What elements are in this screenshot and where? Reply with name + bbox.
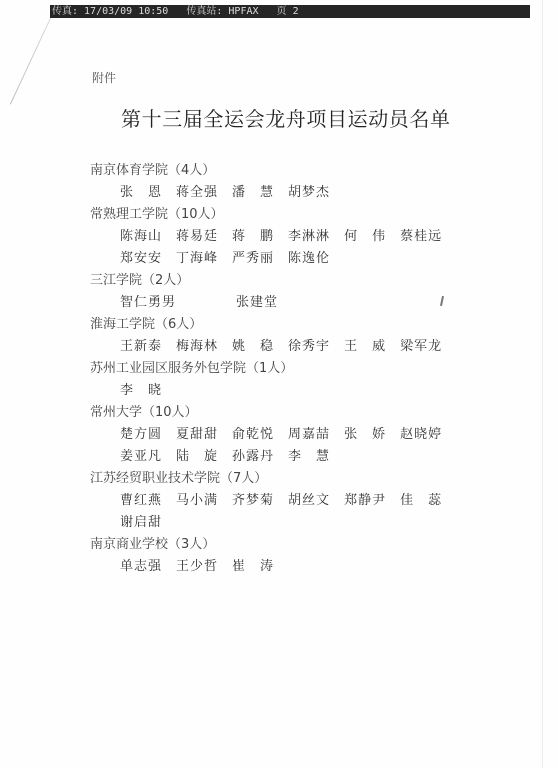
group-heading: 南京商业学校（3人） <box>90 534 510 556</box>
athlete-name: 严秀丽 <box>232 248 274 270</box>
attachment-label: 附件 <box>92 69 116 86</box>
group-heading: 南京体育学院（4人） <box>90 160 510 182</box>
athlete-name: 蒋易廷 <box>176 226 218 248</box>
group-heading: 苏州工业园区服务外包学院（1人） <box>90 358 510 380</box>
athlete-name: 徐秀宇 <box>288 336 330 358</box>
athlete-name-row: 单志强王少哲崔 涛 <box>90 556 510 578</box>
athlete-name: 梁军龙 <box>400 336 442 358</box>
athlete-name: 曹红燕 <box>120 490 162 512</box>
athlete-name: 丁海峰 <box>176 248 218 270</box>
athlete-name: 李 晓 <box>120 380 162 402</box>
athlete-name: 胡梦杰 <box>288 182 330 204</box>
fax-sent-time: 传真: 17/03/09 10:50 <box>52 6 168 17</box>
athlete-name: 周嘉喆 <box>288 424 330 446</box>
athlete-name-row: 楚方圆夏甜甜俞乾悦周嘉喆张 娇赵晓婷 <box>90 424 510 446</box>
athlete-name: 孙露丹 <box>232 446 274 468</box>
athlete-name: 陆 旋 <box>176 446 218 468</box>
athlete-name-row: 李 晓 <box>90 380 510 402</box>
group-heading: 江苏经贸职业技术学院（7人） <box>90 468 510 490</box>
athlete-name: 马小满 <box>176 490 218 512</box>
athlete-name: 齐梦菊 <box>232 490 274 512</box>
athlete-name: 胡丝文 <box>288 490 330 512</box>
athlete-name: 姚 稳 <box>232 336 274 358</box>
athlete-name-row: 郑安安丁海峰严秀丽陈逸伦 <box>90 248 510 270</box>
athlete-roster: 南京体育学院（4人）张 恩蒋全强潘 慧胡梦杰常熟理工学院（10人）陈海山蒋易廷蒋… <box>90 160 510 578</box>
athlete-name-row: 陈海山蒋易廷蒋 鹏李淋淋何 伟蔡桂远 <box>90 226 510 248</box>
group-heading: 三江学院（2人） <box>90 270 510 292</box>
athlete-name: 楚方圆 <box>120 424 162 446</box>
athlete-name: 李淋淋 <box>288 226 330 248</box>
scan-artifact-line <box>10 18 51 105</box>
athlete-name: 赵晓婷 <box>400 424 442 446</box>
athlete-name: 王 威 <box>344 336 386 358</box>
athlete-name-row: 姜亚凡陆 旋孙露丹李 慧 <box>90 446 510 468</box>
fax-station: 传真站: HPFAX <box>186 6 258 17</box>
athlete-name: 张 恩 <box>120 182 162 204</box>
group-heading: 淮海工学院（6人） <box>90 314 510 336</box>
athlete-name-row: 张 恩蒋全强潘 慧胡梦杰 <box>90 182 510 204</box>
athlete-name: 崔 涛 <box>232 556 274 578</box>
group-heading: 常熟理工学院（10人） <box>90 204 510 226</box>
athlete-name: 智仁勇男 <box>120 292 176 314</box>
athlete-name: 单志强 <box>120 556 162 578</box>
athlete-name: 郑静尹 <box>344 490 386 512</box>
athlete-name: 张 娇 <box>344 424 386 446</box>
athlete-name: 陈海山 <box>120 226 162 248</box>
athlete-name: 蒋全强 <box>176 182 218 204</box>
scanned-fax-page: 传真: 17/03/09 10:50 传真站: HPFAX 页 2 附件 第十三… <box>0 0 558 768</box>
athlete-name: 佳 蕊 <box>400 490 442 512</box>
athlete-name: 陈逸伦 <box>288 248 330 270</box>
fax-page-number: 页 2 <box>277 6 299 17</box>
athlete-name: 李 慧 <box>288 446 330 468</box>
athlete-name-row: 曹红燕马小满齐梦菊胡丝文郑静尹佳 蕊 <box>90 490 510 512</box>
athlete-name: 梅海林 <box>176 336 218 358</box>
athlete-name: 蔡桂远 <box>400 226 442 248</box>
athlete-name: 王少哲 <box>176 556 218 578</box>
athlete-name: 俞乾悦 <box>232 424 274 446</box>
athlete-name: 何 伟 <box>344 226 386 248</box>
athlete-name-row: 智仁勇男张建堂 <box>90 292 510 314</box>
athlete-name: 王新泰 <box>120 336 162 358</box>
athlete-name: 蒋 鹏 <box>232 226 274 248</box>
athlete-name: 潘 慧 <box>232 182 274 204</box>
athlete-name-row: 王新泰梅海林姚 稳徐秀宇王 威梁军龙 <box>90 336 510 358</box>
athlete-name: 张建堂 <box>236 292 278 314</box>
document-title: 第十三届全运会龙舟项目运动员名单 <box>121 103 451 132</box>
athlete-name: 谢启甜 <box>120 512 162 534</box>
athlete-name: 郑安安 <box>120 248 162 270</box>
fax-header-bar: 传真: 17/03/09 10:50 传真站: HPFAX 页 2 <box>50 5 530 18</box>
athlete-name-row: 谢启甜 <box>90 512 510 534</box>
athlete-name: 姜亚凡 <box>120 446 162 468</box>
athlete-name: 夏甜甜 <box>176 424 218 446</box>
scan-edge-line <box>542 0 543 768</box>
group-heading: 常州大学（10人） <box>90 402 510 424</box>
